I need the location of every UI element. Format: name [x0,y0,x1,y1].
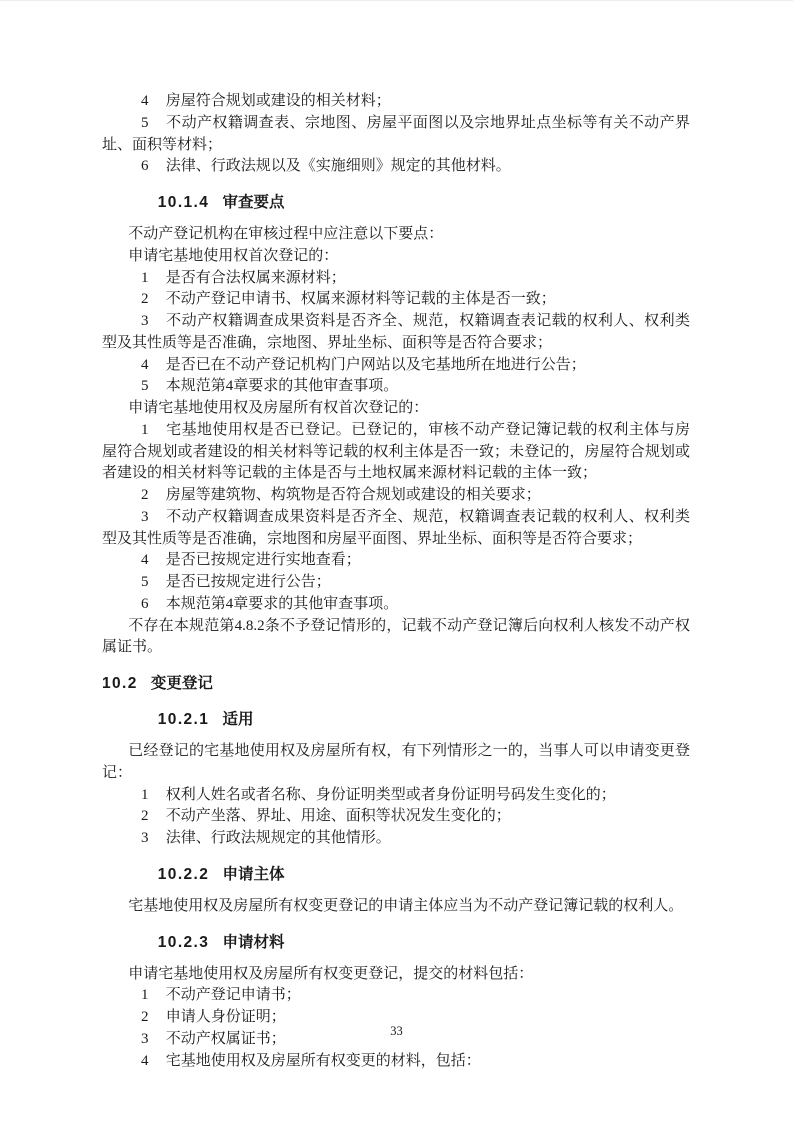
document-page: 4房屋符合规划或建设的相关材料； 5不动产权籍调查表、宗地图、房屋平面图以及宗地… [0,0,793,1122]
heading-number: 10.2.1 [158,711,209,728]
item-text: 不动产坐落、界址、用途、面积等状况发生变化的； [166,808,511,824]
page-number: 33 [0,1023,793,1039]
item-text: 权利人姓名或者名称、身份证明类型或者身份证明号码发生变化的； [166,787,616,803]
item-text: 房屋符合规划或建设的相关材料； [166,93,391,109]
item-text: 不动产登记申请书、权属来源材料等记载的主体是否一致； [166,291,556,307]
list-item: 5不动产权籍调查表、宗地图、房屋平面图以及宗地界址点坐标等有关不动产界址、面积等… [102,113,690,157]
heading-title: 申请材料 [222,934,284,951]
heading-number: 10.1.4 [158,194,209,211]
subsection-heading: 10.2.2申请主体 [102,864,690,886]
list-item: 6本规范第4章要求的其他审查事项。 [102,594,690,616]
list-item: 3法律、行政法规规定的其他情形。 [102,828,690,850]
paragraph: 申请宅基地使用权及房屋所有权首次登记的： [102,398,690,420]
item-number: 4 [141,552,149,568]
paragraph: 不动产登记机构在审核过程中应注意以下要点： [102,224,690,246]
heading-title: 申请主体 [222,866,284,883]
item-number: 3 [141,509,149,525]
item-number: 6 [141,596,149,612]
item-number: 3 [141,830,149,846]
item-text: 是否有合法权属来源材料； [166,270,346,286]
heading-number: 10.2.3 [158,934,209,951]
heading-title: 适用 [222,711,253,728]
list-item: 2不动产坐落、界址、用途、面积等状况发生变化的； [102,806,690,828]
paragraph: 申请宅基地使用权及房屋所有权变更登记，提交的材料包括： [102,964,690,986]
list-item: 4是否已按规定进行实地查看； [102,550,690,572]
item-text: 宅基地使用权及房屋所有权变更的材料，包括： [166,1053,481,1069]
list-item: 4房屋符合规划或建设的相关材料； [102,91,690,113]
section-heading: 10.2变更登记 [102,673,690,695]
item-number: 1 [141,422,149,438]
item-number: 4 [141,357,149,373]
list-item: 3不动产权籍调查成果资料是否齐全、规范，权籍调查表记载的权利人、权利类型及其性质… [102,507,690,551]
item-text: 本规范第4章要求的其他审查事项。 [166,596,399,612]
heading-number: 10.2 [102,675,138,692]
item-number: 6 [141,158,149,174]
item-number: 2 [141,487,149,503]
subsection-heading: 10.2.1适用 [102,709,690,731]
item-text: 法律、行政法规以及《实施细则》规定的其他材料。 [166,158,511,174]
document-body: 4房屋符合规划或建设的相关材料； 5不动产权籍调查表、宗地图、房屋平面图以及宗地… [102,1,690,1072]
paragraph: 已经登记的宅基地使用权及房屋所有权，有下列情形之一的，当事人可以申请变更登记： [102,741,690,785]
paragraph: 申请宅基地使用权首次登记的： [102,246,690,268]
paragraph: 不存在本规范第4.8.2条不予登记情形的，记载不动产登记簿后向权利人核发不动产权… [102,616,690,660]
item-number: 2 [141,291,149,307]
list-item: 3不动产权籍调查成果资料是否齐全、规范，权籍调查表记载的权利人、权利类型及其性质… [102,311,690,355]
item-text: 法律、行政法规规定的其他情形。 [166,830,391,846]
item-text: 不动产权籍调查成果资料是否齐全、规范，权籍调查表记载的权利人、权利类型及其性质等… [102,313,690,351]
list-item: 1不动产登记申请书； [102,985,690,1007]
item-number: 1 [141,787,149,803]
item-number: 5 [141,574,149,590]
item-text: 是否已按规定进行公告； [166,574,331,590]
list-item: 2不动产登记申请书、权属来源材料等记载的主体是否一致； [102,289,690,311]
item-text: 宅基地使用权是否已登记。已登记的，审核不动产登记簿记载的权利主体与房屋符合规划或… [102,422,690,482]
item-text: 本规范第4章要求的其他审查事项。 [166,378,399,394]
subsection-heading: 10.1.4审查要点 [102,192,690,214]
item-number: 1 [141,270,149,286]
item-number: 2 [141,808,149,824]
list-item: 5是否已按规定进行公告； [102,572,690,594]
heading-number: 10.2.2 [158,866,209,883]
item-text: 不动产登记申请书； [166,987,301,1003]
list-item: 2房屋等建筑物、构筑物是否符合规划或建设的相关要求； [102,485,690,507]
list-item: 5本规范第4章要求的其他审查事项。 [102,376,690,398]
list-item: 4是否已在不动产登记机构门户网站以及宅基地所在地进行公告； [102,355,690,377]
list-item: 4宅基地使用权及房屋所有权变更的材料，包括： [102,1051,690,1073]
item-text: 是否已按规定进行实地查看； [166,552,361,568]
item-number: 3 [141,313,149,329]
item-number: 5 [141,115,149,131]
heading-title: 审查要点 [222,194,284,211]
subsection-heading: 10.2.3申请材料 [102,932,690,954]
item-text: 不动产权籍调查成果资料是否齐全、规范，权籍调查表记载的权利人、权利类型及其性质等… [102,509,690,547]
list-item: 1宅基地使用权是否已登记。已登记的，审核不动产登记簿记载的权利主体与房屋符合规划… [102,420,690,485]
paragraph: 宅基地使用权及房屋所有权变更登记的申请主体应当为不动产登记簿记载的权利人。 [102,896,690,918]
list-item: 1权利人姓名或者名称、身份证明类型或者身份证明号码发生变化的； [102,785,690,807]
heading-title: 变更登记 [151,675,213,692]
item-text: 不动产权籍调查表、宗地图、房屋平面图以及宗地界址点坐标等有关不动产界址、面积等材… [102,115,690,153]
item-text: 房屋等建筑物、构筑物是否符合规划或建设的相关要求； [166,487,541,503]
item-text: 是否已在不动产登记机构门户网站以及宅基地所在地进行公告； [166,357,586,373]
list-item: 1是否有合法权属来源材料； [102,268,690,290]
list-item: 6法律、行政法规以及《实施细则》规定的其他材料。 [102,156,690,178]
item-number: 5 [141,378,149,394]
item-number: 1 [141,987,149,1003]
item-number: 4 [141,93,149,109]
item-number: 4 [141,1053,149,1069]
